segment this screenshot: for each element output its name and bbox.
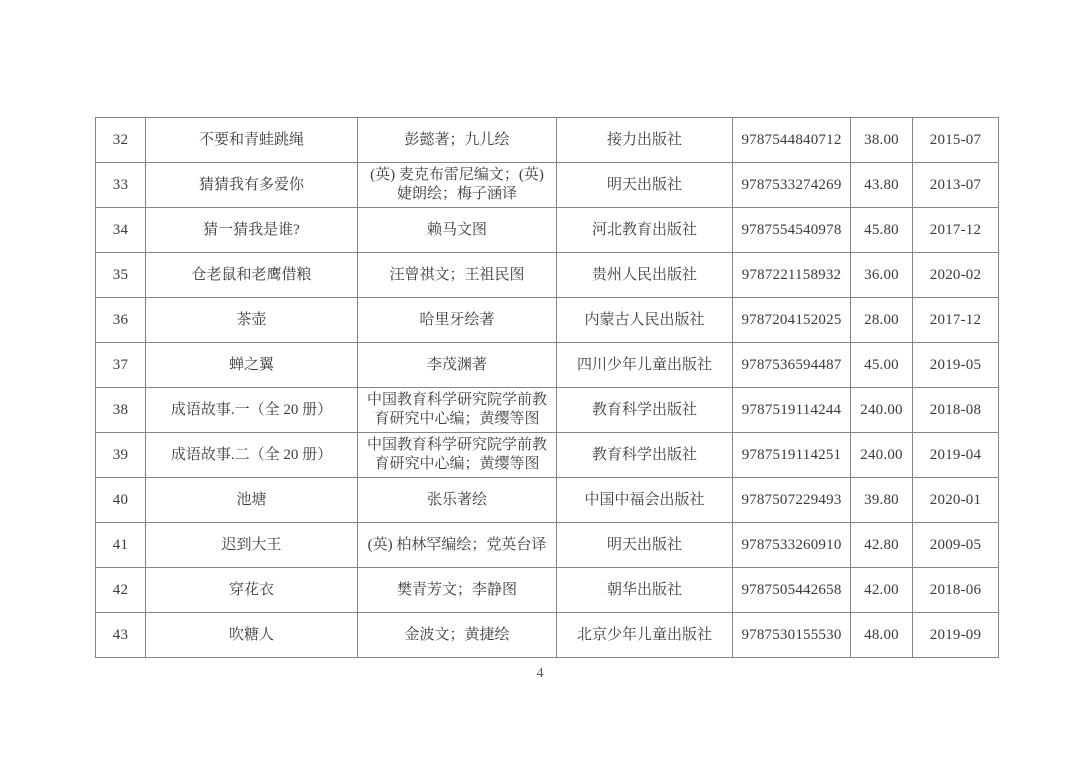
cell-publisher: 朝华出版社 [557, 568, 733, 613]
document-page: 32不要和青蛙跳绳彭懿著；九儿绘接力出版社978754484071238.002… [0, 0, 1080, 763]
cell-price: 43.80 [851, 163, 913, 208]
table-row: 34猜一猜我是谁?赖马文图河北教育出版社978755454097845.8020… [96, 208, 999, 253]
cell-author: 中国教育科学研究院学前教育研究中心编；黄缨等图 [358, 388, 557, 433]
cell-publisher: 河北教育出版社 [557, 208, 733, 253]
cell-date: 2009-05 [913, 523, 999, 568]
cell-date: 2019-09 [913, 613, 999, 658]
cell-publisher: 贵州人民出版社 [557, 253, 733, 298]
cell-no: 41 [96, 523, 146, 568]
cell-isbn: 9787204152025 [733, 298, 851, 343]
cell-isbn: 9787533274269 [733, 163, 851, 208]
cell-price: 48.00 [851, 613, 913, 658]
cell-no: 33 [96, 163, 146, 208]
cell-author: 樊青芳文；李静图 [358, 568, 557, 613]
cell-date: 2017-12 [913, 208, 999, 253]
cell-price: 45.00 [851, 343, 913, 388]
cell-no: 36 [96, 298, 146, 343]
cell-no: 32 [96, 118, 146, 163]
cell-isbn: 9787544840712 [733, 118, 851, 163]
cell-title: 成语故事.二（全 20 册） [146, 433, 358, 478]
cell-no: 37 [96, 343, 146, 388]
cell-price: 45.80 [851, 208, 913, 253]
cell-isbn: 9787530155530 [733, 613, 851, 658]
cell-isbn: 9787536594487 [733, 343, 851, 388]
cell-isbn: 9787507229493 [733, 478, 851, 523]
book-table-body: 32不要和青蛙跳绳彭懿著；九儿绘接力出版社978754484071238.002… [96, 118, 999, 658]
table-row: 43吹糖人金波文；黄捷绘北京少年儿童出版社978753015553048.002… [96, 613, 999, 658]
cell-title: 穿花衣 [146, 568, 358, 613]
cell-title: 迟到大王 [146, 523, 358, 568]
cell-author: (英) 柏林罕编绘；党英台译 [358, 523, 557, 568]
cell-price: 28.00 [851, 298, 913, 343]
table-row: 36茶壶哈里牙绘著内蒙古人民出版社978720415202528.002017-… [96, 298, 999, 343]
cell-publisher: 四川少年儿童出版社 [557, 343, 733, 388]
cell-price: 42.80 [851, 523, 913, 568]
cell-isbn: 9787554540978 [733, 208, 851, 253]
table-row: 35仓老鼠和老鹰借粮汪曾祺文；王祖民图贵州人民出版社97872211589323… [96, 253, 999, 298]
cell-publisher: 教育科学出版社 [557, 433, 733, 478]
cell-no: 39 [96, 433, 146, 478]
cell-price: 36.00 [851, 253, 913, 298]
cell-price: 38.00 [851, 118, 913, 163]
cell-author: 金波文；黄捷绘 [358, 613, 557, 658]
cell-no: 43 [96, 613, 146, 658]
cell-title: 蝉之翼 [146, 343, 358, 388]
cell-date: 2013-07 [913, 163, 999, 208]
cell-date: 2019-05 [913, 343, 999, 388]
cell-isbn: 9787505442658 [733, 568, 851, 613]
cell-title: 吹糖人 [146, 613, 358, 658]
cell-title: 成语故事.一（全 20 册） [146, 388, 358, 433]
cell-author: 彭懿著；九儿绘 [358, 118, 557, 163]
cell-author: 李茂渊著 [358, 343, 557, 388]
cell-date: 2019-04 [913, 433, 999, 478]
table-row: 42穿花衣樊青芳文；李静图朝华出版社978750544265842.002018… [96, 568, 999, 613]
book-list-table: 32不要和青蛙跳绳彭懿著；九儿绘接力出版社978754484071238.002… [95, 117, 999, 658]
cell-date: 2020-02 [913, 253, 999, 298]
table-row: 32不要和青蛙跳绳彭懿著；九儿绘接力出版社978754484071238.002… [96, 118, 999, 163]
cell-no: 38 [96, 388, 146, 433]
cell-title: 池塘 [146, 478, 358, 523]
cell-publisher: 中国中福会出版社 [557, 478, 733, 523]
cell-date: 2020-01 [913, 478, 999, 523]
cell-no: 42 [96, 568, 146, 613]
cell-author: 赖马文图 [358, 208, 557, 253]
cell-author: 汪曾祺文；王祖民图 [358, 253, 557, 298]
cell-price: 240.00 [851, 433, 913, 478]
cell-date: 2018-08 [913, 388, 999, 433]
cell-publisher: 接力出版社 [557, 118, 733, 163]
cell-price: 39.80 [851, 478, 913, 523]
cell-publisher: 北京少年儿童出版社 [557, 613, 733, 658]
cell-no: 34 [96, 208, 146, 253]
cell-publisher: 内蒙古人民出版社 [557, 298, 733, 343]
cell-date: 2017-12 [913, 298, 999, 343]
cell-isbn: 9787221158932 [733, 253, 851, 298]
cell-author: 哈里牙绘著 [358, 298, 557, 343]
cell-title: 猜一猜我是谁? [146, 208, 358, 253]
cell-no: 35 [96, 253, 146, 298]
cell-author: (英) 麦克布雷尼编文；(英) 婕朗绘；梅子涵译 [358, 163, 557, 208]
table-row: 39成语故事.二（全 20 册）中国教育科学研究院学前教育研究中心编；黄缨等图教… [96, 433, 999, 478]
table-row: 38成语故事.一（全 20 册）中国教育科学研究院学前教育研究中心编；黄缨等图教… [96, 388, 999, 433]
cell-author: 中国教育科学研究院学前教育研究中心编；黄缨等图 [358, 433, 557, 478]
table-row: 33猜猜我有多爱你(英) 麦克布雷尼编文；(英) 婕朗绘；梅子涵译明天出版社97… [96, 163, 999, 208]
cell-title: 猜猜我有多爱你 [146, 163, 358, 208]
cell-title: 仓老鼠和老鹰借粮 [146, 253, 358, 298]
cell-date: 2018-06 [913, 568, 999, 613]
cell-title: 不要和青蛙跳绳 [146, 118, 358, 163]
cell-price: 42.00 [851, 568, 913, 613]
cell-publisher: 明天出版社 [557, 523, 733, 568]
cell-title: 茶壶 [146, 298, 358, 343]
cell-author: 张乐著绘 [358, 478, 557, 523]
cell-isbn: 9787519114244 [733, 388, 851, 433]
table-row: 41迟到大王(英) 柏林罕编绘；党英台译明天出版社978753326091042… [96, 523, 999, 568]
cell-publisher: 教育科学出版社 [557, 388, 733, 433]
cell-date: 2015-07 [913, 118, 999, 163]
page-number: 4 [0, 666, 1080, 682]
book-list-table-container: 32不要和青蛙跳绳彭懿著；九儿绘接力出版社978754484071238.002… [95, 117, 998, 658]
cell-isbn: 9787519114251 [733, 433, 851, 478]
table-row: 40池塘张乐著绘中国中福会出版社978750722949339.802020-0… [96, 478, 999, 523]
cell-price: 240.00 [851, 388, 913, 433]
cell-no: 40 [96, 478, 146, 523]
cell-publisher: 明天出版社 [557, 163, 733, 208]
table-row: 37蝉之翼李茂渊著四川少年儿童出版社978753659448745.002019… [96, 343, 999, 388]
cell-isbn: 9787533260910 [733, 523, 851, 568]
